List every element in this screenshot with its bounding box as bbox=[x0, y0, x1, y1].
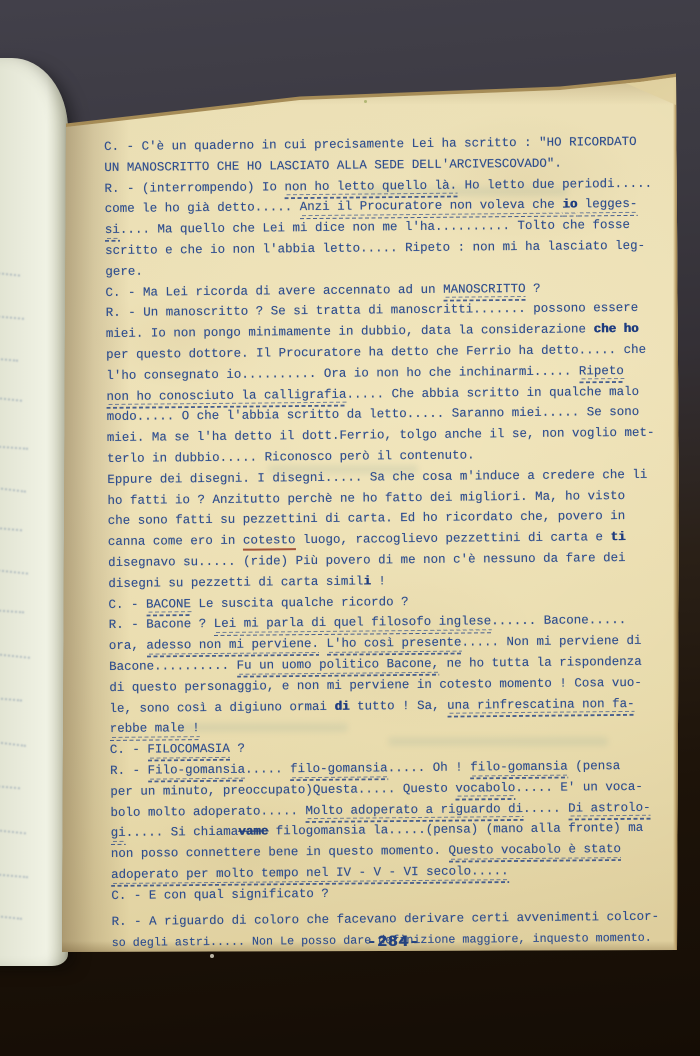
ghost-text-fragment bbox=[0, 485, 26, 492]
ghost-text-fragment bbox=[0, 314, 24, 320]
typed-segment-emphasis: di bbox=[334, 699, 349, 713]
typed-segment: R. - Un manoscritto ? Se si tratta di ma… bbox=[106, 301, 639, 320]
typed-segment bbox=[319, 637, 327, 651]
typed-segment: ..... Oh ! bbox=[388, 760, 471, 775]
typed-segment: ..... Non mi perviene di bbox=[461, 634, 641, 650]
typed-segment: scritto e che io non l'abbia letto..... … bbox=[105, 239, 645, 258]
typed-segment: filogomansia la.....(pensa) (mano alla f… bbox=[268, 821, 643, 839]
typed-text: C. - C'è un quaderno in cui precisamente… bbox=[104, 131, 690, 954]
typed-segment: ..... bbox=[245, 762, 290, 776]
typed-segment: UN MANOSCRITTO CHE HO LASCIATO ALLA SEDE… bbox=[104, 156, 562, 174]
typed-segment: miei. Io non pongo minimamente in dubbio… bbox=[106, 322, 594, 341]
typed-segment: R. - (interrompendo) Io bbox=[104, 180, 284, 196]
typed-segment: tutto ! Sa, bbox=[349, 698, 447, 713]
typed-segment: C. - Ma Lei ricorda di avere accennato a… bbox=[105, 282, 443, 299]
typed-segment-emphasis: gi bbox=[111, 826, 126, 845]
typed-segment: che sono fatti su pezzettini di carta. E… bbox=[108, 509, 626, 528]
typed-segment: gere. bbox=[105, 264, 143, 278]
typed-segment: luogo, raccoglievo pezzettini di carta e bbox=[295, 530, 610, 547]
typed-segment: bolo molto adoperato..... bbox=[110, 804, 305, 820]
previous-page-curled-edge bbox=[0, 58, 68, 966]
ghost-text-fragment bbox=[0, 527, 22, 532]
typed-segment: ..... Si chiama bbox=[126, 825, 239, 840]
typed-segment: ..... bbox=[523, 801, 568, 815]
document-page: C. - C'è un quaderno in cui precisamente… bbox=[58, 75, 680, 953]
typed-segment: R. - bbox=[110, 764, 148, 778]
page-number: -284- bbox=[104, 933, 682, 951]
typed-segment-emphasis: ti bbox=[610, 530, 625, 544]
typed-segment: R. - Bacone ? bbox=[109, 617, 214, 632]
typed-segment: ne ho tutta la rispondenza bbox=[439, 655, 642, 671]
typed-segment: ho fatti io ? Anzitutto perchè ne ho fat… bbox=[107, 489, 625, 508]
typed-segment: Ho letto due periodi..... bbox=[457, 176, 652, 192]
typed-segment: ...... Bacone..... bbox=[491, 613, 626, 628]
typed-segment: non posso connettere bene in questo mome… bbox=[111, 844, 449, 861]
typed-segment-emphasis: Filo-gomansia bbox=[148, 763, 246, 783]
typed-segment: come le ho già detto..... bbox=[105, 201, 300, 217]
typed-segment-emphasis: legges- bbox=[577, 197, 637, 217]
typed-segment: R. - A riguardo di coloro che facevano d… bbox=[111, 910, 659, 929]
typed-segment-emphasis: Ripeto bbox=[579, 364, 624, 383]
typed-segment: per un minuto, preoccupato)Questa..... Q… bbox=[110, 781, 455, 798]
ghost-text-fragment bbox=[0, 872, 28, 879]
typed-segment-emphasis: filo-gomansia bbox=[290, 761, 388, 781]
ghost-text-fragment bbox=[0, 271, 20, 276]
typed-segment: ..... E' un voca- bbox=[515, 780, 643, 795]
typed-segment: modo..... O che l'abbia scritto da letto… bbox=[107, 405, 640, 424]
typed-segment: ? bbox=[525, 281, 540, 295]
typed-segment-emphasis: si bbox=[105, 223, 120, 242]
typed-segment: ? bbox=[230, 742, 245, 756]
typed-segment: canna come ero in bbox=[108, 534, 243, 549]
ghost-text-fragment bbox=[0, 444, 28, 450]
ghost-text-fragment bbox=[0, 914, 22, 920]
typed-segment: Eppure dei disegni. I disegni..... Sa ch… bbox=[107, 468, 647, 487]
typed-segment: per questo dottore. Il Procuratore ha de… bbox=[106, 343, 646, 362]
typed-segment: disegnavo su..... (ride) Più povero di m… bbox=[108, 551, 626, 570]
dust-speck bbox=[210, 954, 214, 958]
typed-segment-emphasis: BACONE bbox=[146, 597, 191, 616]
typed-segment: miei. Ma se l'ha detto il dott.Ferrio, t… bbox=[107, 426, 655, 445]
typed-segment: Bacone.......... bbox=[109, 659, 237, 674]
typed-segment: l'ho consegnato io.......... Ora io non … bbox=[106, 364, 579, 383]
ghost-text-fragment bbox=[0, 651, 30, 659]
typed-segment-emphasis: i bbox=[363, 574, 371, 588]
dust-speck bbox=[364, 100, 367, 103]
typed-segment-emphasis: Questo vocabolo è stato bbox=[448, 842, 621, 863]
typed-segment: le, sono così a digiuno ormai bbox=[109, 699, 334, 715]
typed-line: non posso connettere bene in questo mome… bbox=[111, 839, 689, 865]
typed-segment: ! bbox=[371, 574, 386, 588]
typed-segment-emphasis: vame bbox=[238, 825, 268, 839]
typed-segment: .... Ma quello che Lei mi dice non me l'… bbox=[120, 218, 630, 237]
photographed-document-scene: C. - C'è un quaderno in cui precisamente… bbox=[0, 0, 700, 1056]
typed-segment: C. - C'è un quaderno in cui precisamente… bbox=[104, 135, 637, 154]
typed-segment-emphasis: vocabolo bbox=[455, 781, 515, 801]
typed-segment-emphasis: rebbe male ! bbox=[110, 721, 200, 741]
ghost-text-fragment bbox=[0, 696, 22, 701]
typed-segment-emphasis: Di astrolo- bbox=[568, 800, 651, 820]
typed-segment-emphasis: una rinfrescatina non fa- bbox=[447, 696, 635, 717]
typed-segment-emphasis: cotesto bbox=[243, 533, 296, 551]
top-edge-shadow bbox=[58, 75, 680, 105]
typed-segment: C. - bbox=[108, 597, 146, 611]
typed-segment: C. - E con qual significato ? bbox=[111, 887, 329, 903]
typed-segment-emphasis: filo-gomansia bbox=[470, 759, 568, 779]
typed-segment: ..... Che abbia scritto in qualche malo bbox=[346, 384, 639, 401]
typed-segment-emphasis: FILOCOMASIA bbox=[147, 742, 230, 762]
ghost-text-fragment bbox=[0, 828, 26, 835]
typed-segment-emphasis: MANOSCRITTO bbox=[443, 282, 526, 302]
typed-segment-emphasis: che ho bbox=[593, 322, 638, 336]
ghost-text-fragment bbox=[0, 609, 24, 614]
typed-segment: (pensa bbox=[568, 759, 621, 774]
typed-segment: disegni su pezzetti di carta simil bbox=[108, 574, 363, 590]
typed-segment: ora, bbox=[109, 639, 147, 653]
ghost-text-fragment bbox=[0, 739, 26, 747]
typed-segment: di questo personaggio, e non mi perviene… bbox=[109, 676, 642, 695]
ghost-text-fragment bbox=[0, 785, 20, 790]
ghost-text-fragment bbox=[0, 356, 18, 361]
ghost-text-fragment bbox=[0, 567, 28, 574]
typed-segment: C. - bbox=[110, 743, 148, 757]
ghost-text-fragment bbox=[0, 396, 22, 402]
typed-segment: Le suscita qualche ricordo ? bbox=[191, 595, 409, 611]
typed-segment-emphasis: io bbox=[562, 198, 577, 217]
typed-segment: terlo in dubbio..... Riconosco però il c… bbox=[107, 448, 475, 466]
